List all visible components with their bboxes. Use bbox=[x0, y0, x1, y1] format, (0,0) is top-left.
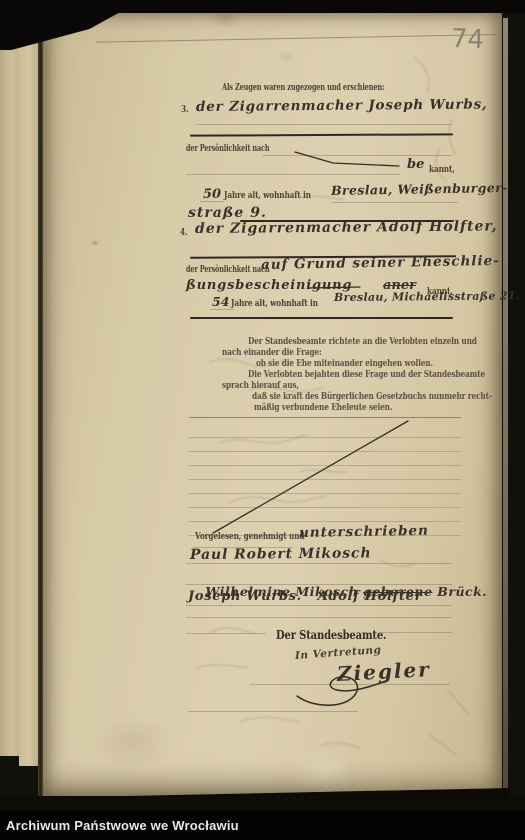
form-rule bbox=[262, 155, 452, 156]
form-rule bbox=[332, 202, 458, 203]
item-3-number: 3. bbox=[181, 105, 188, 115]
witness-3-residence-2: straße 9. bbox=[188, 205, 267, 221]
persoenlichkeit-label-4: der Persönlichkeit nach bbox=[186, 265, 269, 275]
vorgelesen-label: Vorgelesen, genehmigt und bbox=[195, 532, 304, 542]
witness-4-name-handwritten: der Zigarrenmacher Adolf Holfter, bbox=[195, 218, 498, 237]
registrar-signature: Ziegler bbox=[336, 657, 431, 686]
form-rule bbox=[250, 684, 450, 685]
form-rule bbox=[186, 605, 452, 606]
previous-page-edge-2 bbox=[19, 0, 38, 766]
form-rule bbox=[186, 617, 452, 618]
declaration-line-5: sprach hierauf aus, bbox=[222, 381, 299, 391]
form-rule bbox=[186, 633, 266, 634]
page-number-pencil: 74 bbox=[450, 24, 484, 55]
jahre-label-4: Jahre alt, wohnhaft in bbox=[231, 299, 318, 309]
unterschrieben-handwritten: unterschrieben bbox=[299, 523, 429, 541]
scanned-document-viewport: 74 Als Zeugen waren zugezogen und erschi… bbox=[0, 0, 525, 840]
form-rule bbox=[196, 124, 452, 125]
witness-4-identification-line2: ßungsbescheinigung bbox=[186, 278, 352, 293]
persoenlichkeit-label-3: der Persönlichkeit nach bbox=[186, 144, 269, 154]
declaration-line-1: Der Standesbeamte richtete an die Verlob… bbox=[248, 337, 477, 347]
declaration-line-4: Die Verlobten bejahten diese Frage und d… bbox=[248, 370, 485, 380]
declaration-line-6: daß sie kraft des Bürgerlichen Gesetzbuc… bbox=[252, 392, 492, 402]
previous-page-edge bbox=[0, 0, 19, 756]
witness-3-name-handwritten: der Zigarrenmacher Joseph Wurbs, bbox=[196, 96, 488, 115]
form-rule bbox=[186, 563, 452, 564]
declaration-line-3: ob sie die Ehe miteinander eingehen woll… bbox=[256, 359, 433, 369]
witness-4-residence: Breslau, Michaelisstraße 21. bbox=[334, 289, 520, 304]
form-rule-dark bbox=[190, 317, 453, 319]
form-rule bbox=[186, 584, 452, 585]
witness-3-residence: Breslau, Weißenburger- bbox=[331, 180, 508, 198]
jahre-label-3: Jahre alt, wohnhaft in bbox=[224, 191, 311, 201]
right-page-edge bbox=[503, 18, 508, 788]
form-rule bbox=[188, 711, 358, 712]
witnesses-intro-line: Als Zeugen waren zugezogen und erschiene… bbox=[222, 83, 384, 93]
witness-3-age: 50 bbox=[203, 187, 221, 202]
form-rule bbox=[382, 632, 452, 633]
form-rule bbox=[210, 309, 234, 310]
archive-name-label: Archiwum Państwowe we Wrocławiu bbox=[0, 811, 525, 840]
standesbeamte-label: Der Standesbeamte. bbox=[276, 627, 386, 642]
signature-bride-post: Brück. bbox=[432, 584, 487, 599]
archive-caption-bar: Archiwum Państwowe we Wrocławiu bbox=[0, 811, 525, 840]
item-4-number: 4. bbox=[180, 228, 187, 238]
blank-ruled-section bbox=[189, 424, 461, 536]
declaration-line-7: mäßig verbundene Eheleute seien. bbox=[254, 403, 392, 413]
form-rule bbox=[200, 201, 224, 202]
form-rule bbox=[189, 417, 461, 418]
declaration-line-2: nach einander die Frage: bbox=[222, 348, 322, 358]
witness-4-age: 54 bbox=[212, 294, 229, 309]
kannt-label-3: kannt, bbox=[429, 165, 455, 175]
witness-3-be-handwritten: be bbox=[407, 157, 424, 172]
form-rule bbox=[186, 174, 400, 175]
signature-groom: Paul Robert Mikosch bbox=[190, 545, 372, 563]
signature-witnesses: Joseph Wurbs. Adolf Holfter bbox=[188, 589, 422, 604]
